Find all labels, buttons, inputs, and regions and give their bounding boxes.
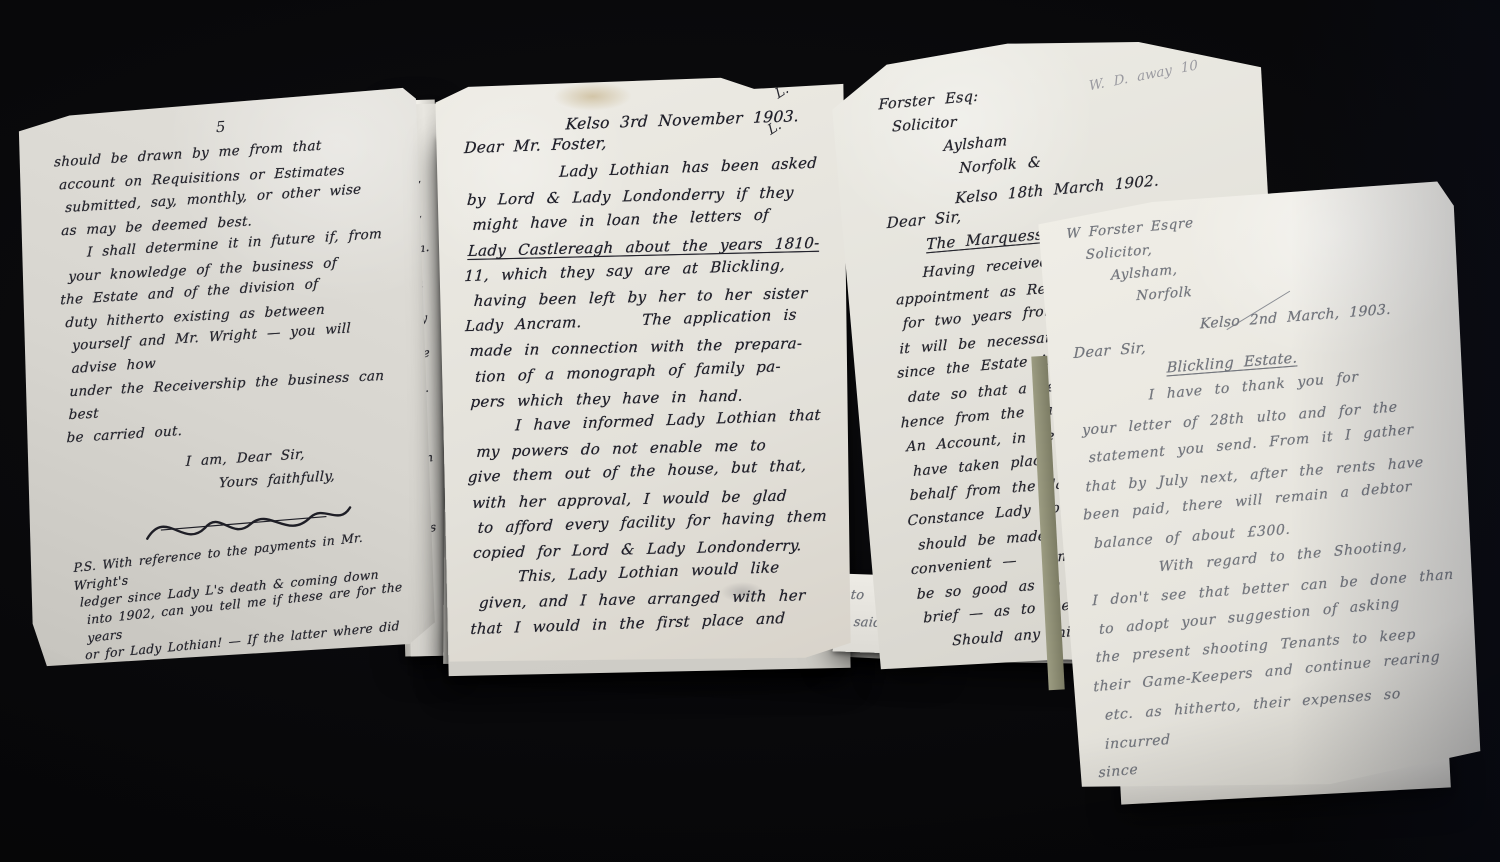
letter-body: I have to thank you foryour letter of 28…	[1076, 366, 1469, 788]
letter-kelso-november-1903: L. L. Kelso 3rd November 1903. Dear Mr. …	[431, 74, 855, 667]
photograph-of-handwritten-letters: th,h,ya.judyiteis.htinhinishd 5 should b…	[0, 0, 1500, 862]
postscript-initials: N.B.	[259, 698, 422, 735]
corner-mark: L	[1228, 38, 1244, 56]
letter-body: should be drawn by me from thataccount o…	[54, 136, 409, 450]
letter-kelso-march-1903: W Forster EsqreSolicitor,Aylsham,Norfolk…	[1035, 178, 1490, 802]
postscript-line: any payments of cash by you to Mr. Wrigh…	[94, 668, 426, 717]
recipient-address: W Forster EsqreSolicitor,Aylsham,Norfolk	[1066, 201, 1441, 311]
letter-page-5: 5 should be drawn by me from thataccount…	[7, 85, 442, 669]
letter-body: Lady Lothian has been askedby Lord & Lad…	[462, 157, 838, 642]
corner-mark: L.	[773, 80, 791, 102]
postscript: P.S. With reference to the payments in M…	[72, 530, 426, 717]
letter-closing: I am, Dear Sir, Yours faithfully,	[67, 441, 411, 502]
